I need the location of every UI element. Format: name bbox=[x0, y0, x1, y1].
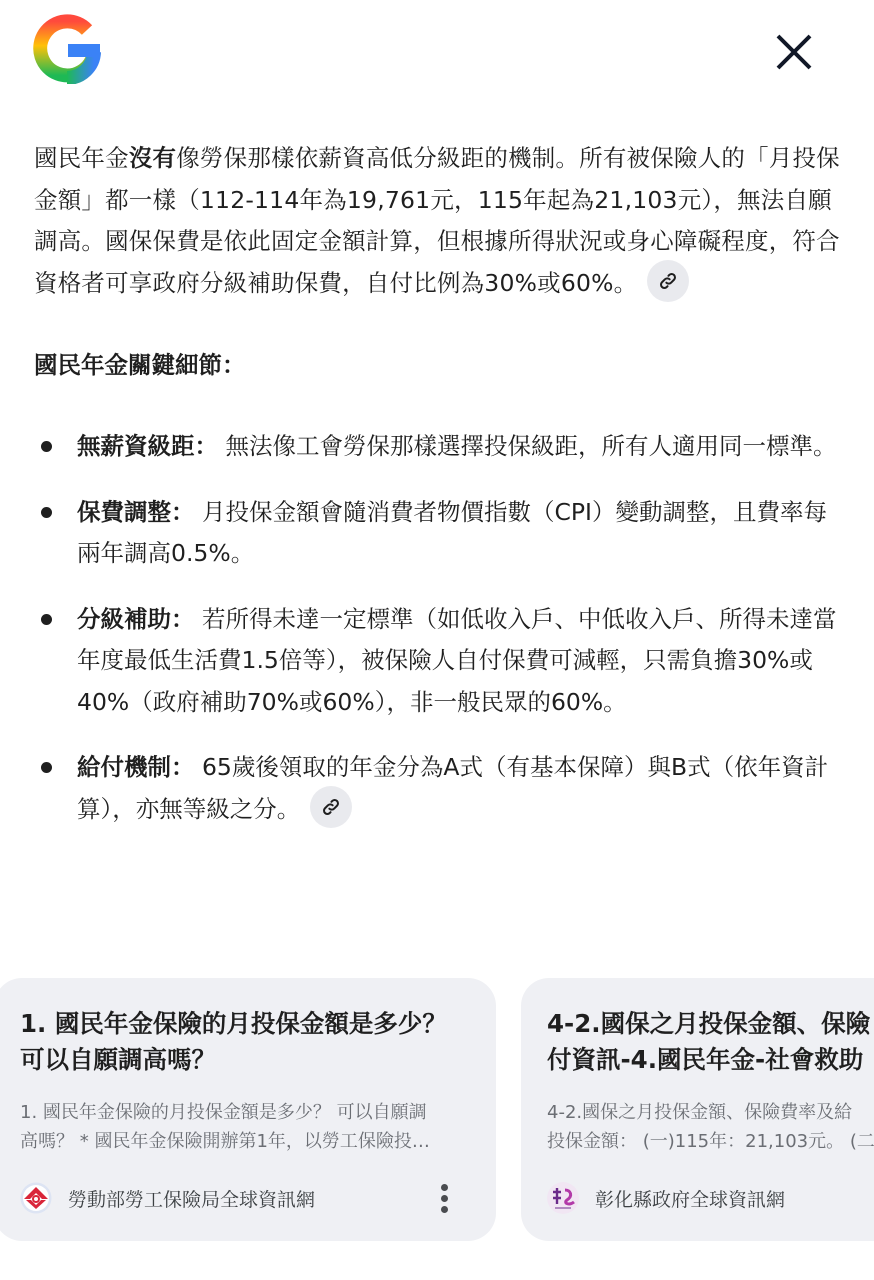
bullet-icon bbox=[41, 762, 52, 773]
source-card-snippet-line: 4-2.國保之月投保金額、保險費率及給 bbox=[547, 1098, 874, 1127]
bullet-icon bbox=[41, 507, 52, 518]
source-card[interactable]: 1. 國民年金保險的月投保金額是多少？ 可以自願調高嗎？ 1. 國民年金保險的月… bbox=[0, 978, 496, 1241]
source-site: 勞動部勞工保險局全球資訊網 bbox=[20, 1181, 315, 1215]
source-card-title-line: 付資訊-4.國民年金-社會救助 bbox=[547, 1042, 874, 1078]
source-card-title-line: 可以自願調高嗎？ bbox=[20, 1042, 480, 1078]
link-icon bbox=[321, 797, 341, 817]
list-item-text: 無法像工會勞保那樣選擇投保級距，所有人適用同一標準。 bbox=[218, 432, 836, 460]
list-item: 分級補助： 若所得未達一定標準（如低收入戶、中低收入戶、所得未達當年度最低生活費… bbox=[34, 599, 842, 724]
list-item-term: 無薪資級距： bbox=[77, 432, 218, 460]
source-cards-carousel[interactable]: 1. 國民年金保險的月投保金額是多少？ 可以自願調高嗎？ 1. 國民年金保險的月… bbox=[0, 978, 874, 1242]
source-card-snippet-line: 投保金額： (一)115年：21,103元。 (二 bbox=[547, 1127, 874, 1156]
more-vert-icon bbox=[441, 1184, 448, 1191]
list-item-term: 保費調整： bbox=[77, 498, 195, 526]
more-vert-icon-dot bbox=[441, 1195, 448, 1202]
bullet-icon bbox=[41, 614, 52, 625]
close-button[interactable] bbox=[766, 26, 822, 78]
source-card-snippet-line: 1. 國民年金保險的月投保金額是多少？ 可以自願調 bbox=[20, 1098, 480, 1127]
details-list: 無薪資級距： 無法像工會勞保那樣選擇投保級距，所有人適用同一標準。 保費調整： … bbox=[34, 426, 842, 831]
list-item: 給付機制： 65歲後領取的年金分為A式（有基本保障）與B式（依年資計算），亦無等… bbox=[34, 747, 842, 831]
section-title: 國民年金關鍵細節： bbox=[34, 345, 842, 386]
list-item-term: 給付機制： bbox=[77, 753, 195, 781]
source-card-snippet-line: 高嗎？ * 國民年金保險開辦第1年，以勞工保險投… bbox=[20, 1127, 480, 1156]
list-item-term: 分級補助： bbox=[77, 605, 195, 633]
more-vert-icon-dot bbox=[441, 1206, 448, 1213]
source-card-title-line: 1. 國民年金保險的月投保金額是多少？ bbox=[20, 1006, 480, 1042]
citation-link-button[interactable] bbox=[310, 786, 352, 828]
intro-text: 國民年金 bbox=[34, 144, 129, 172]
source-card-title: 4-2.國保之月投保金額、保險 付資訊-4.國民年金-社會救助 bbox=[547, 1006, 874, 1078]
intro-bold-text: 沒有 bbox=[129, 144, 176, 172]
source-card-snippet: 1. 國民年金保險的月投保金額是多少？ 可以自願調 高嗎？ * 國民年金保險開辦… bbox=[20, 1098, 480, 1156]
bli-logo-icon bbox=[20, 1182, 52, 1214]
citation-link-button[interactable] bbox=[647, 260, 689, 302]
ai-overview-page: 國民年金沒有像勞保那樣依薪資高低分級距的機制。所有被保險人的「月投保金額」都一樣… bbox=[0, 0, 874, 1280]
more-options-button[interactable] bbox=[430, 1180, 458, 1216]
source-site-name: 勞動部勞工保險局全球資訊網 bbox=[68, 1185, 315, 1212]
source-site: 彰化縣政府全球資訊網 bbox=[547, 1181, 785, 1215]
source-card[interactable]: 4-2.國保之月投保金額、保險 付資訊-4.國民年金-社會救助 4-2.國保之月… bbox=[521, 978, 874, 1241]
source-card-title-line: 4-2.國保之月投保金額、保險 bbox=[547, 1006, 874, 1042]
link-icon bbox=[658, 271, 678, 291]
list-item: 無薪資級距： 無法像工會勞保那樣選擇投保級距，所有人適用同一標準。 bbox=[34, 426, 842, 468]
source-card-title: 1. 國民年金保險的月投保金額是多少？ 可以自願調高嗎？ bbox=[20, 1006, 480, 1078]
source-site-name: 彰化縣政府全球資訊網 bbox=[595, 1185, 785, 1212]
changhua-logo-icon bbox=[547, 1182, 579, 1214]
bullet-icon bbox=[41, 441, 52, 452]
ai-answer: 國民年金沒有像勞保那樣依薪資高低分級距的機制。所有被保險人的「月投保金額」都一樣… bbox=[34, 138, 842, 855]
source-card-snippet: 4-2.國保之月投保金額、保險費率及給 投保金額： (一)115年：21,103… bbox=[547, 1098, 874, 1156]
google-g-logo bbox=[32, 14, 102, 84]
list-item: 保費調整： 月投保金額會隨消費者物價指數（CPI）變動調整，且費率每兩年調高0.… bbox=[34, 492, 842, 575]
intro-paragraph: 國民年金沒有像勞保那樣依薪資高低分級距的機制。所有被保險人的「月投保金額」都一樣… bbox=[34, 138, 842, 305]
close-icon bbox=[775, 33, 813, 71]
